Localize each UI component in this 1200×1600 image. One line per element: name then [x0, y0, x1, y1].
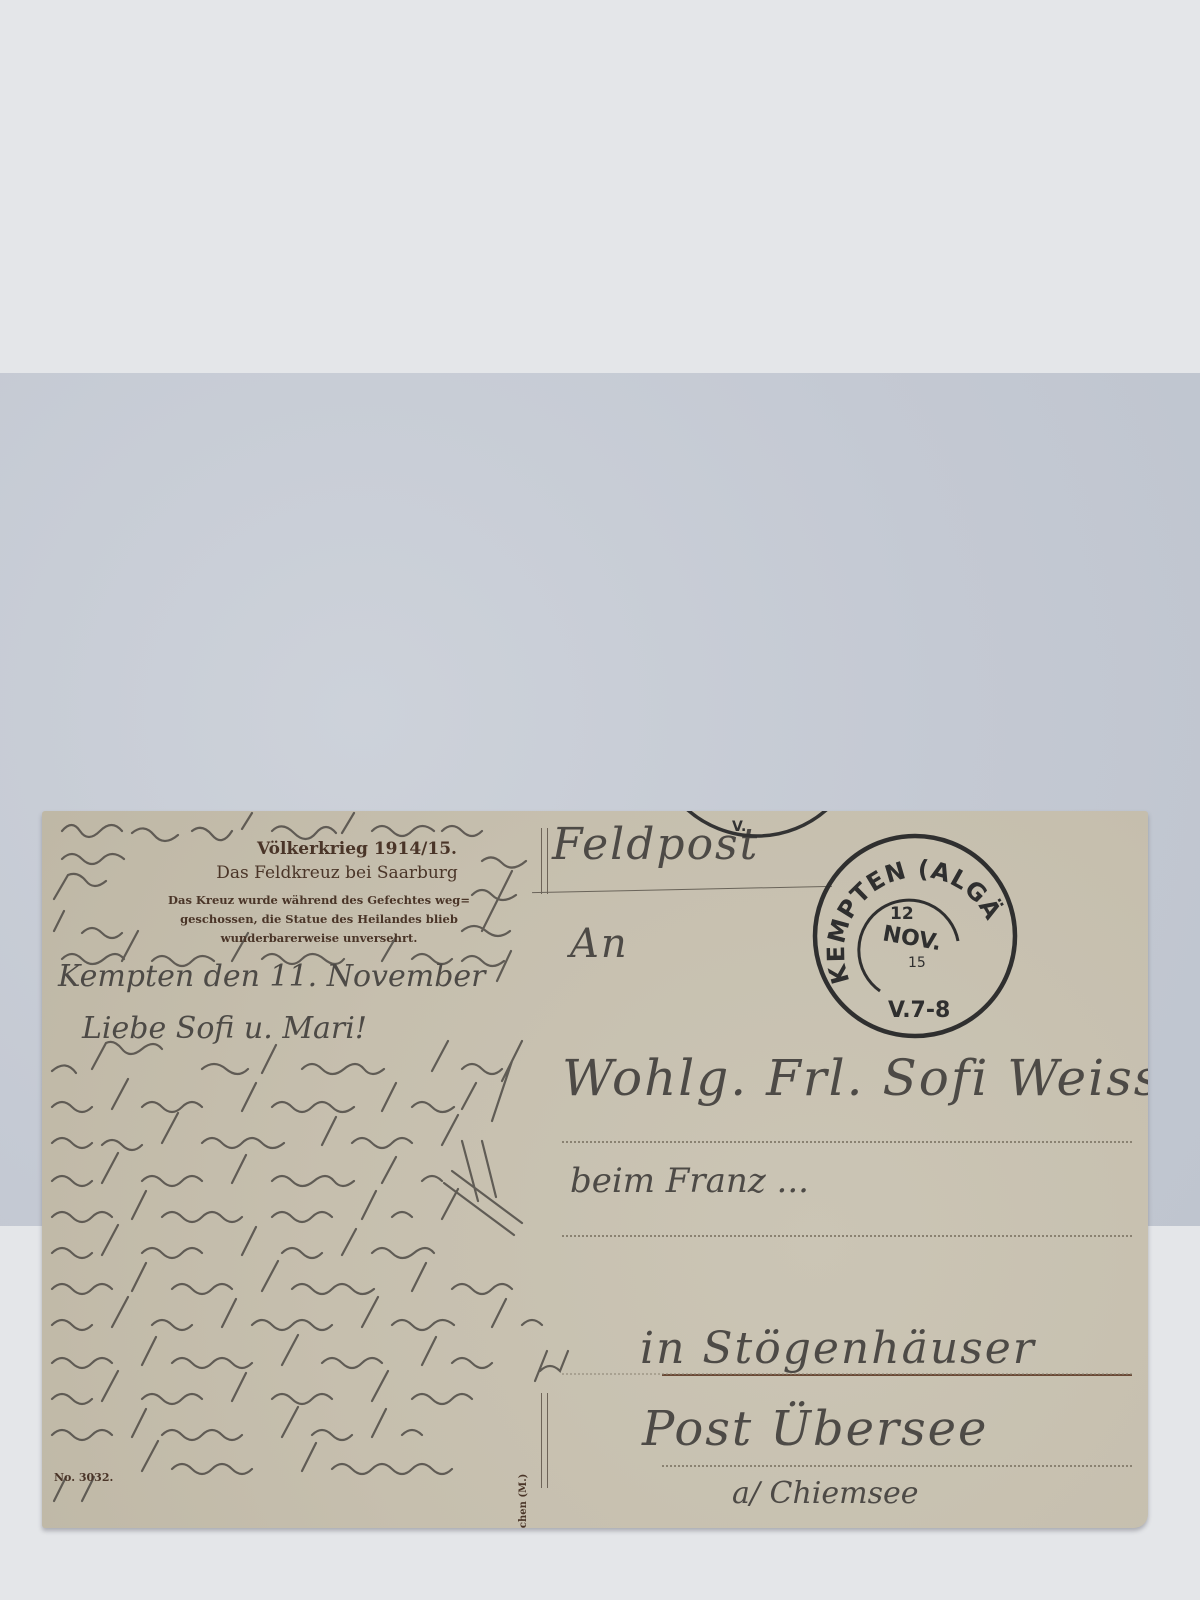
postmark-month: NOV. — [881, 921, 944, 956]
address-line-3 — [562, 1373, 1132, 1375]
divider-bottom — [541, 1393, 548, 1488]
postmark-year: 15 — [908, 955, 926, 971]
postmark-day: 12 — [890, 904, 914, 924]
address-prefix: An — [570, 921, 629, 967]
postcard: Völkerkrieg 1914/15. Das Feldkreuz bei S… — [42, 811, 1148, 1528]
address-line-2 — [562, 1235, 1132, 1237]
recipient-name: Wohlg. Frl. Sofi Weiss — [562, 1049, 1148, 1107]
town-line: in Stögenhäuser — [640, 1323, 1036, 1374]
postmark-time: V.7-8 — [888, 998, 950, 1023]
photo-background: Völkerkrieg 1914/15. Das Feldkreuz bei S… — [0, 373, 1200, 1226]
salutation: Liebe Sofi u. Mari! — [82, 1011, 367, 1046]
kempten-postmark: KEMPTEN (ALGÄU) 2 12 NOV. 15 V.7-8 — [810, 831, 1020, 1041]
partial-postmark-text: V. — [732, 819, 746, 835]
address-line-4 — [662, 1465, 1132, 1467]
caption-text: Das Kreuz wurde während des Gefechtes we… — [94, 891, 544, 948]
plate-number: No. 3032. — [54, 1471, 113, 1484]
address-line-1 — [562, 1141, 1132, 1143]
care-of-line: beim Franz ... — [570, 1161, 809, 1201]
caption-line: wunderbarerweise unversehrt. — [94, 929, 544, 948]
caption-line: Das Kreuz wurde während des Gefechtes we… — [94, 891, 544, 910]
series-title: Völkerkrieg 1914/15. — [172, 839, 542, 859]
publisher-imprint-wrap: Martin Herpich, Kunst- und Verlagsanstal… — [518, 1381, 532, 1391]
caption-line: geschossen, die Statue des Heilandes bli… — [94, 910, 544, 929]
region-line: a/ Chiemsee — [732, 1476, 919, 1511]
subject-title: Das Feldkreuz bei Saarburg — [132, 863, 542, 883]
place-date-line: Kempten den 11. November — [58, 959, 486, 994]
post-office-line: Post Übersee — [642, 1401, 988, 1457]
divider-top — [541, 828, 548, 894]
